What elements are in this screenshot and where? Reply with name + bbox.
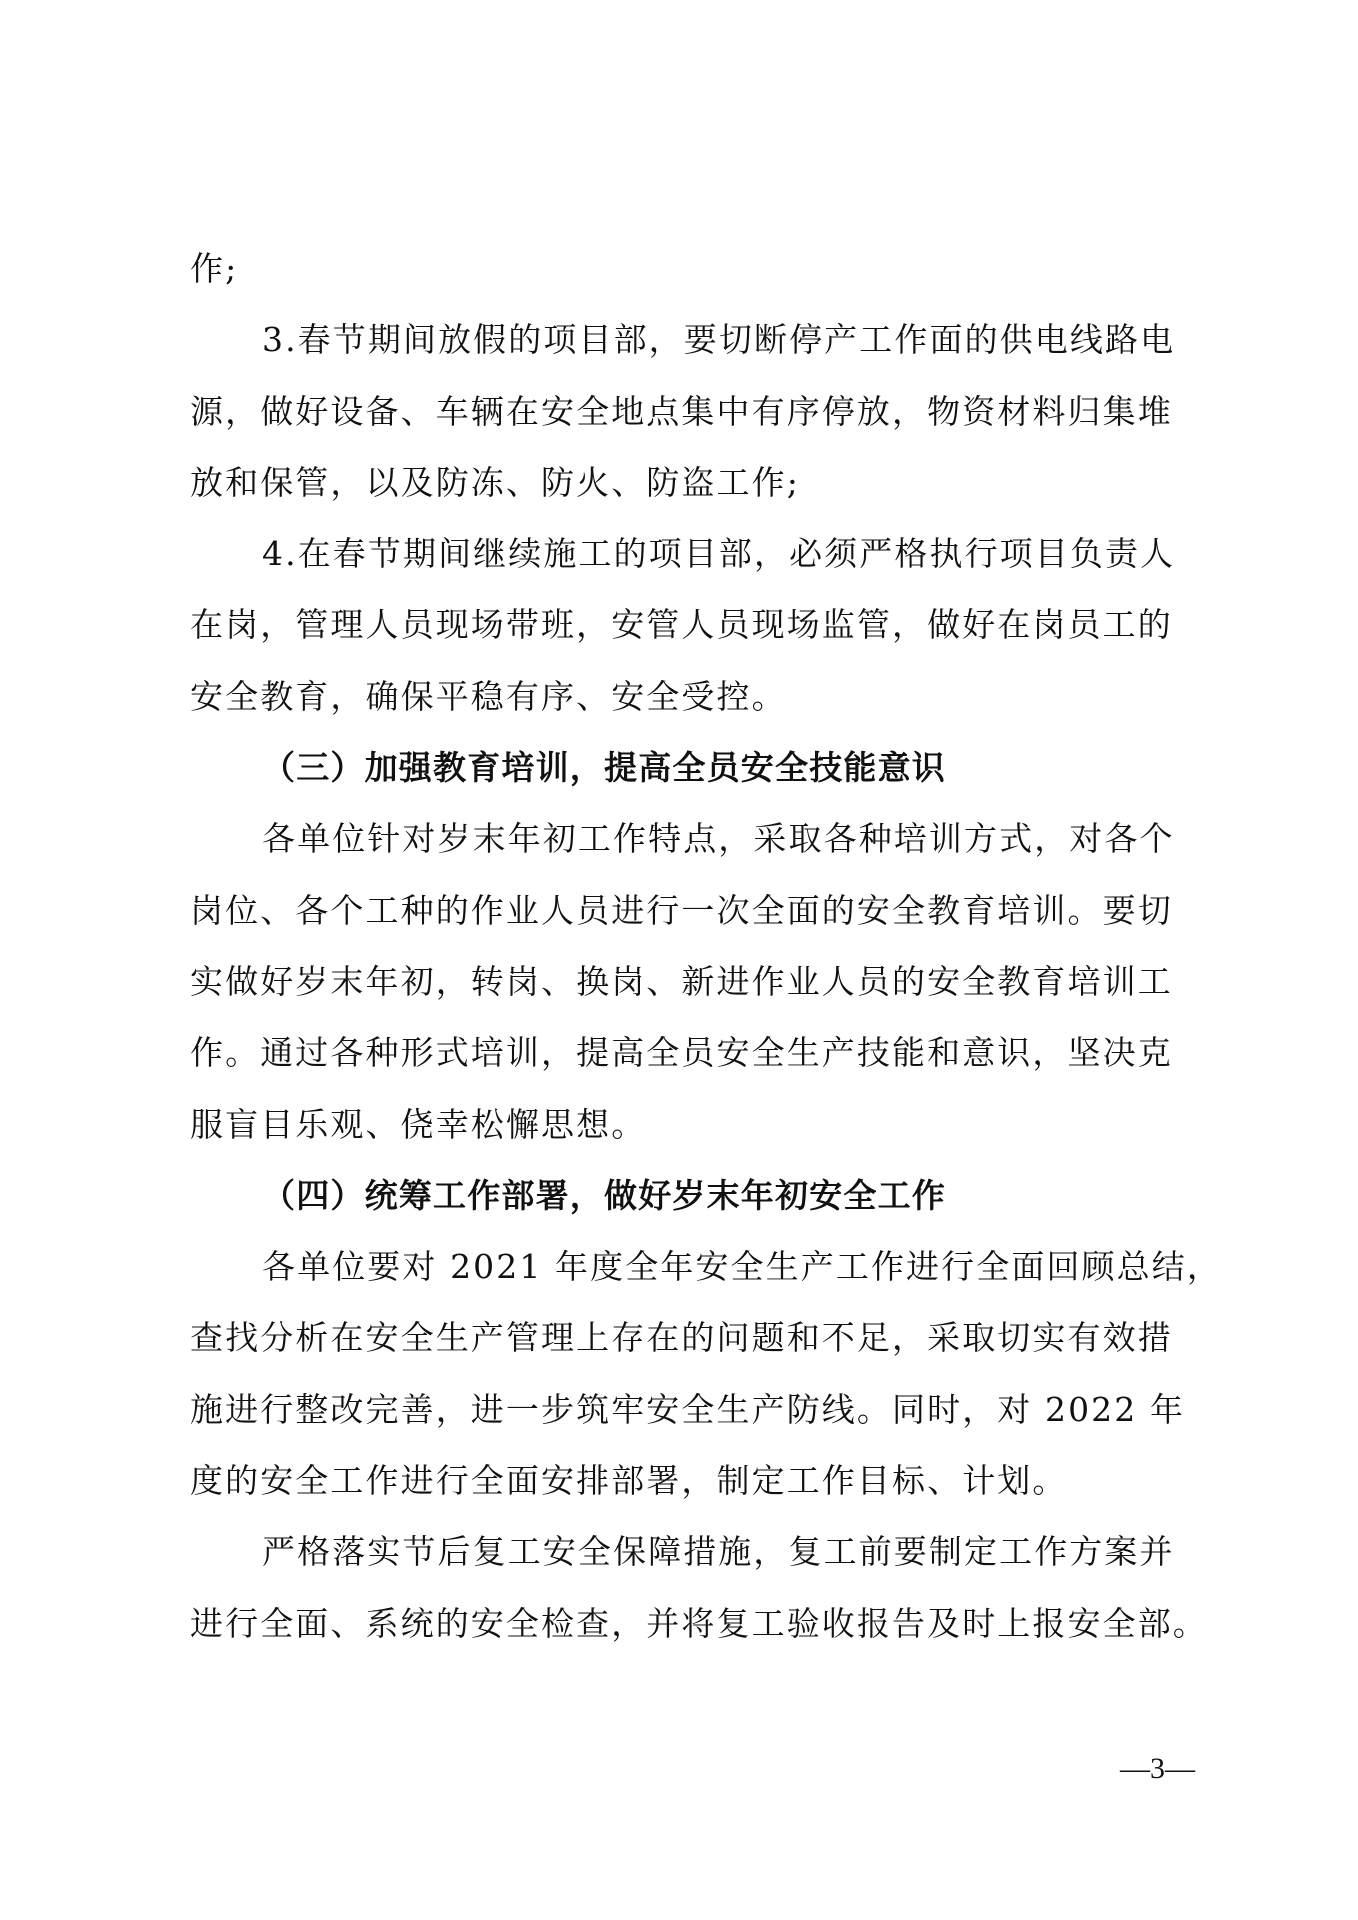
section-heading-4: （四）统筹工作部署，做好岁末年初安全工作 (190, 1171, 1200, 1242)
text-line: 服盲目乐观、侥幸松懈思想。 (190, 1100, 1200, 1171)
text-line: 安全教育，确保平稳有序、安全受控。 (190, 672, 1200, 743)
document-body: 作; 3.春节期间放假的项目部，要切断停产工作面的供电线路电 源，做好设备、车辆… (190, 244, 1200, 1670)
text-line: 查找分析在安全生产管理上存在的问题和不足，采取切实有效措 (190, 1313, 1200, 1384)
text-line: 岗位、各个工种的作业人员进行一次全面的安全教育培训。要切 (190, 886, 1200, 957)
text-line: 源，做好设备、车辆在安全地点集中有序停放，物资材料归集堆 (190, 387, 1200, 458)
paragraph-start: 各单位要对 2021 年度全年安全生产工作进行全面回顾总结， (190, 1242, 1200, 1313)
paragraph-start: 严格落实节后复工安全保障措施，复工前要制定工作方案并 (190, 1527, 1200, 1598)
paragraph-start: 各单位针对岁末年初工作特点，采取各种培训方式，对各个 (190, 814, 1200, 885)
page-number: —3— (1120, 1752, 1195, 1786)
text-line: 在岗，管理人员现场带班，安管人员现场监管，做好在岗员工的 (190, 600, 1200, 671)
text-line: 作; (190, 244, 1200, 315)
text-line: 放和保管，以及防冻、防火、防盗工作; (190, 458, 1200, 529)
text-line: 实做好岁末年初，转岗、换岗、新进作业人员的安全教育培训工 (190, 957, 1200, 1028)
text-line: 作。通过各种形式培训，提高全员安全生产技能和意识，坚决克 (190, 1028, 1200, 1099)
list-item-4: 4.在春节期间继续施工的项目部，必须严格执行项目负责人 (190, 529, 1200, 600)
text-line: 度的安全工作进行全面安排部署，制定工作目标、计划。 (190, 1456, 1200, 1527)
section-heading-3: （三）加强教育培训，提高全员安全技能意识 (190, 743, 1200, 814)
text-line: 施进行整改完善，进一步筑牢安全生产防线。同时，对 2022 年 (190, 1385, 1200, 1456)
document-page: 作; 3.春节期间放假的项目部，要切断停产工作面的供电线路电 源，做好设备、车辆… (0, 0, 1358, 1920)
text-line: 进行全面、系统的安全检查，并将复工验收报告及时上报安全部。 (190, 1599, 1200, 1670)
list-item-3: 3.春节期间放假的项目部，要切断停产工作面的供电线路电 (190, 315, 1200, 386)
